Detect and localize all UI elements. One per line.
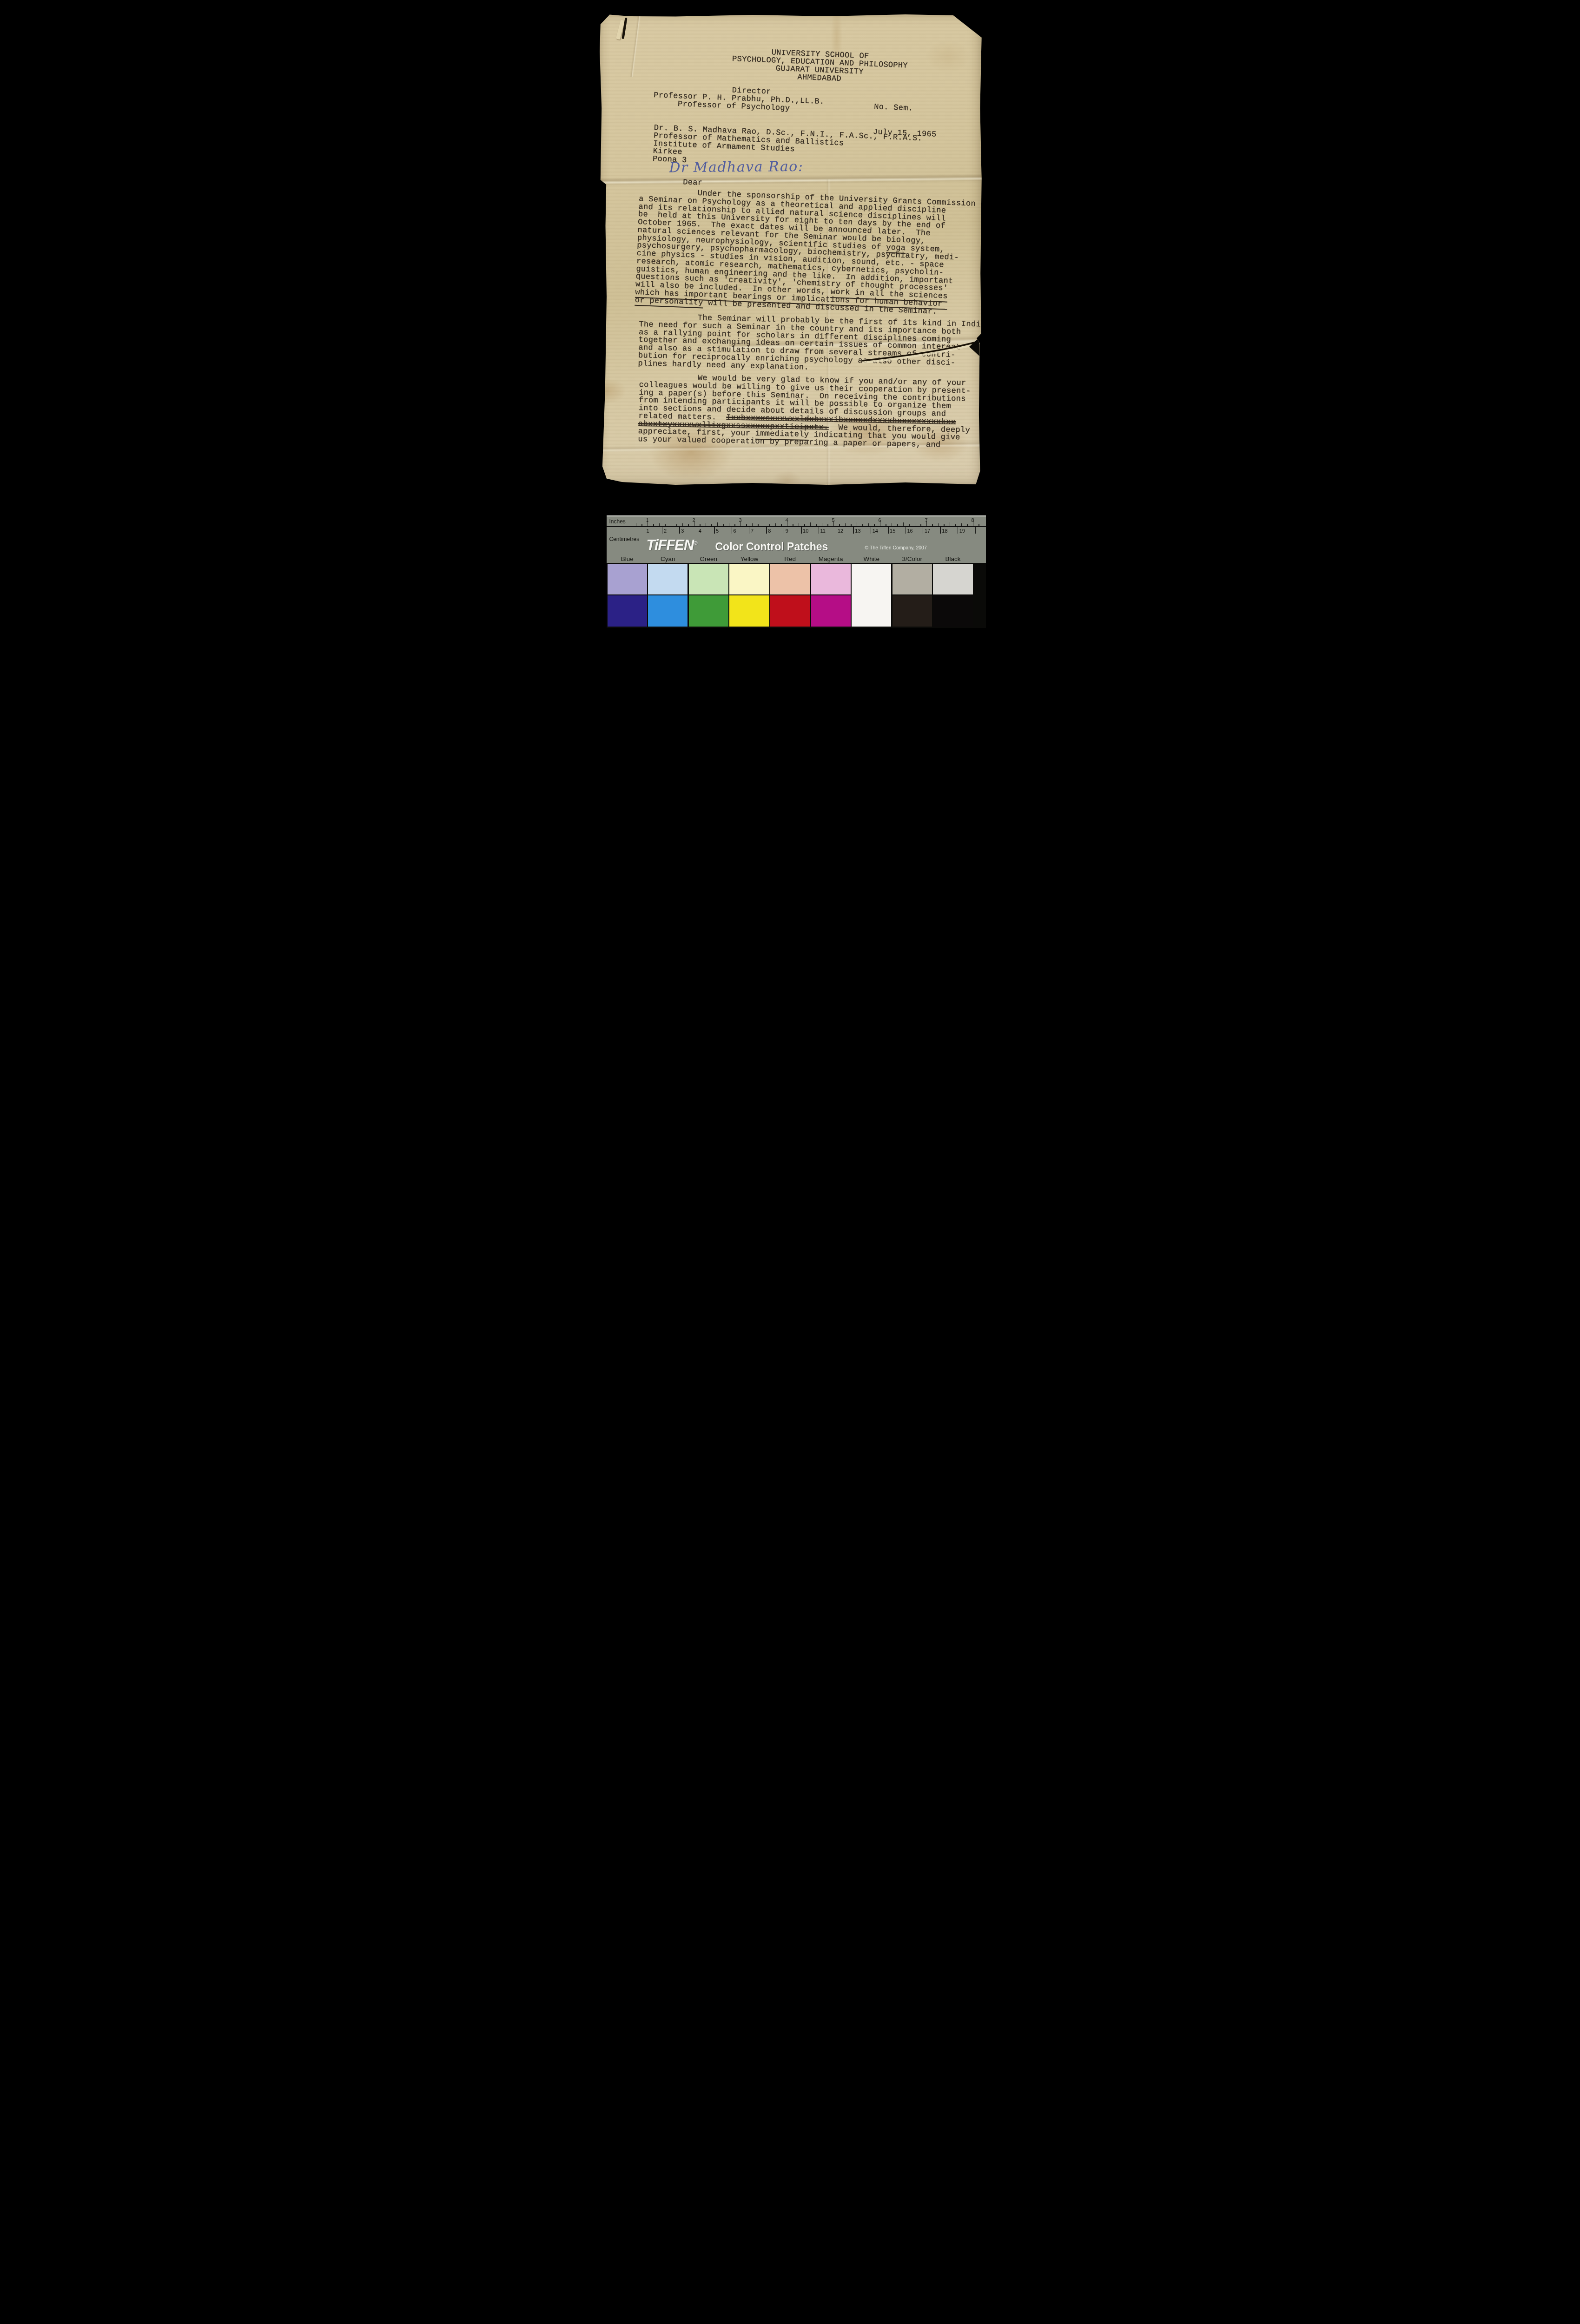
patch-label-white: White [863,555,879,562]
ruler-separator-line [607,526,986,527]
color-patch-dark [608,595,647,627]
cm-tick [679,527,680,534]
cm-tick [958,527,959,534]
cm-number: 10 [803,528,808,534]
card-title: Color Control Patches [715,541,828,553]
body-paragraph-3: We would be very glad to know if you and… [638,374,983,450]
color-patch-dark [892,595,932,627]
cm-number: 5 [716,528,719,534]
cm-number: 8 [768,528,771,534]
patch-label-3-color: 3/Color [902,555,923,562]
patch-column-black [933,563,972,628]
cm-number: 18 [942,528,947,534]
color-patch-light [933,564,972,594]
color-patch-light [608,564,647,594]
color-patch-dark [648,595,688,627]
cm-number: 15 [890,528,895,534]
cm-number: 12 [838,528,843,534]
cm-number: 11 [820,528,826,534]
inch-tick [740,521,741,526]
tiffen-logo: TiFFEN® [647,537,697,554]
inch-tick [973,521,974,526]
paper-corner-crease [629,12,641,77]
inch-tick [926,521,927,526]
inch-tick [694,521,695,526]
cm-tick [888,527,889,534]
cm-tick [871,527,872,534]
color-patch-light [811,564,851,594]
inch-tick [717,522,718,526]
inch-tick [671,522,672,526]
color-patch-light [770,564,810,594]
letterhead: UNIVERSITY SCHOOL OFPSYCHOLOGY, EDUCATIO… [707,46,932,86]
inch-tick [648,521,648,526]
cm-tick [923,527,924,534]
tiffen-color-card: Inches 12345678 123456789101112131415161… [607,515,986,628]
card-copyright: © The Tiffen Company, 2007 [865,545,927,551]
color-patch-light [689,564,728,594]
cm-number: 7 [751,528,754,534]
body-paragraph-1: Under the sponsorship of the University … [635,188,983,317]
color-patch-dark [689,595,728,627]
cm-number: 13 [855,528,860,534]
color-patch-dark [729,595,769,627]
cm-number: 1 [647,528,649,534]
cm-number: 14 [873,528,878,534]
patch-column-blue [608,563,647,628]
inch-tick [857,522,858,526]
paper-tear [859,335,980,364]
cm-tick [801,527,802,534]
inch-tick [833,521,834,526]
scanned-letter-page: UNIVERSITY SCHOOL OFPSYCHOLOGY, EDUCATIO… [593,0,988,631]
inches-label: Inches [609,518,626,525]
cm-tick [836,527,837,534]
color-patch-dark [811,595,851,627]
cm-tick [940,527,941,534]
cm-tick [732,527,733,534]
cm-tick [766,527,767,534]
patch-column-3-color [892,563,932,628]
patch-column-red [770,563,810,628]
cm-tick [645,527,646,534]
cm-tick [819,527,820,534]
letter-paper: UNIVERSITY SCHOOL OFPSYCHOLOGY, EDUCATIO… [599,14,982,485]
inch-tick [880,521,881,526]
director-block: DirectorProfessor P. H. Prabhu, Ph.D.,LL… [653,84,825,114]
color-patch-light [729,564,769,594]
patch-label-green: Green [700,555,718,562]
cm-number: 16 [907,528,913,534]
cm-number: 19 [959,528,965,534]
cm-number: 9 [786,528,788,534]
salutation-typed: Dear [682,178,702,187]
patch-label-black: Black [945,555,960,562]
cm-tick [697,527,698,534]
color-patch-light [648,564,688,594]
patch-label-yellow: Yellow [740,555,759,562]
cm-number: 2 [664,528,667,534]
registered-mark: ® [694,541,697,546]
inch-tick [903,522,904,526]
patch-column-magenta [811,563,851,628]
cm-tick [714,527,715,534]
color-patch-dark [933,595,972,627]
inch-tick [787,521,788,526]
cm-tick [853,527,854,534]
inch-tick [950,522,951,526]
patch-column-yellow [729,563,769,628]
handwritten-name: Dr Madhava Rao: [669,163,803,172]
cm-tick [784,527,785,534]
cm-number: 6 [734,528,736,534]
color-patch-light [892,564,932,594]
patch-column-cyan [648,563,688,628]
color-patch-grid [607,563,986,628]
cm-number: 17 [925,528,930,534]
patch-label-blue: Blue [621,555,634,562]
cm-number: 4 [699,528,701,534]
color-patch [852,564,891,627]
patch-column-white [852,563,891,628]
cm-tick [749,527,750,534]
patch-label-red: Red [784,555,796,562]
ref-number: No. Sem. [873,103,937,114]
inch-tick [764,522,765,526]
cm-tick [662,527,663,534]
cm-tick [906,527,906,534]
color-patch-dark [770,595,810,627]
cm-tick [975,527,976,534]
patch-column-green [689,563,728,628]
centimetres-label: Centimetres [609,536,640,542]
patch-label-magenta: Magenta [819,555,843,562]
patch-label-cyan: Cyan [661,555,675,562]
cm-number: 3 [681,528,684,534]
inch-tick [810,522,811,526]
